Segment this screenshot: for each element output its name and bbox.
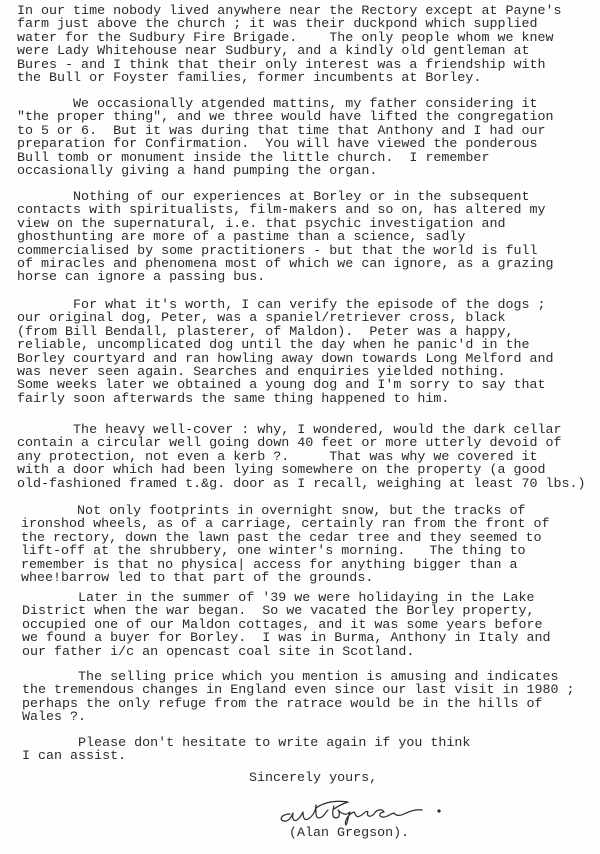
- paragraph-carriage-tracks: Not only footprints in overnight snow, b…: [21, 505, 600, 585]
- letter-line: lift-off at the shrubbery, one winter's …: [21, 545, 600, 558]
- letter-line: Later in the summer of '39 we were holid…: [22, 592, 600, 605]
- letter-line: farm just above the church ; it was thei…: [17, 18, 597, 31]
- letter-line: contacts with spiritualists, film-makers…: [17, 204, 597, 217]
- letter-line: our father i/c an opencast coal site in …: [22, 646, 600, 659]
- letter-line: contain a circular well going down 40 fe…: [17, 437, 597, 450]
- signatory-name: (Alan Gregson).: [289, 827, 409, 840]
- letter-line: "the proper thing", and we three would h…: [17, 111, 597, 124]
- letter-line: commercialised by some practitioners - b…: [17, 245, 597, 258]
- letter-line: ironshod wheels, as of a carriage, certa…: [21, 518, 600, 531]
- letter-line: I can assist.: [22, 750, 600, 763]
- letter-line: view on the supernatural, i.e. that psyc…: [17, 218, 597, 231]
- letter-line: Bull tomb or monument inside the little …: [17, 152, 597, 165]
- letter-line: our original dog, Peter, was a spaniel/r…: [17, 312, 597, 325]
- letter-line: the tremendous changes in England even s…: [22, 684, 600, 697]
- letter-line: preparation for Confirmation. You will h…: [17, 138, 597, 151]
- letter-line: For what it's worth, I can verify the ep…: [17, 299, 597, 312]
- letter-line: horse can ignore a passing bus.: [17, 271, 597, 284]
- letter-line: Some weeks later we obtained a young dog…: [17, 379, 597, 392]
- letter-line: Nothing of our experiences at Borley or …: [17, 191, 597, 204]
- paragraph-war-years: Later in the summer of '39 we were holid…: [22, 592, 600, 659]
- letter-line: Not only footprints in overnight snow, b…: [21, 505, 600, 518]
- letter-line: the rectory, down the lawn past the ceda…: [21, 532, 600, 545]
- letter-line: the Bull or Foyster families, former inc…: [17, 72, 597, 85]
- letter-line: whee!barrow led to that part of the grou…: [21, 572, 600, 585]
- letter-line: of miracles and phenomena most of which …: [17, 258, 597, 271]
- paragraph-dogs-episode: For what it's worth, I can verify the ep…: [17, 299, 597, 406]
- paragraph-supernatural-view: Nothing of our experiences at Borley or …: [17, 191, 597, 285]
- letter-line: Please don't hesitate to write again if …: [22, 737, 600, 750]
- letter-line: (from Bill Bendall, plasterer, of Maldon…: [17, 326, 597, 339]
- letter-line: We occasionally atgended mattins, my fat…: [17, 98, 597, 111]
- letter-line: ghosthunting are more of a pastime than …: [17, 231, 597, 244]
- letter-line: District when the war began. So we vacat…: [22, 605, 600, 618]
- letter-line: Wales ?.: [22, 711, 600, 724]
- paragraph-selling-price: The selling price which you mention is a…: [22, 671, 600, 725]
- letter-line: The selling price which you mention is a…: [22, 671, 600, 684]
- letter-line: we found a buyer for Borley. I was in Bu…: [22, 632, 600, 645]
- paragraph-well-cover: The heavy well-cover : why, I wondered, …: [17, 424, 597, 491]
- letter-line: In our time nobody lived anywhere near t…: [17, 5, 597, 18]
- letter-line: water for the Sudbury Fire Brigade. The …: [17, 32, 597, 45]
- paragraph-rectory-neighbours: In our time nobody lived anywhere near t…: [17, 5, 597, 85]
- letter-line: old-fashioned framed t.&g. door as I rec…: [17, 478, 597, 491]
- letter-line: occupied one of our Maldon cottages, and…: [22, 619, 600, 632]
- letter-line: perhaps the only refuge from the ratrace…: [22, 698, 600, 711]
- letter-line: occasionally giving a hand pumping the o…: [17, 165, 597, 178]
- typewritten-letter-page: In our time nobody lived anywhere near t…: [0, 0, 600, 854]
- letter-line: fairly soon afterwards the same thing ha…: [17, 393, 597, 406]
- letter-line: reliable, uncomplicated dog until the da…: [17, 339, 597, 352]
- letter-line: remember is that no physica| access for …: [21, 559, 600, 572]
- letter-line: was never seen again. Searches and enqui…: [17, 366, 597, 379]
- letter-line: were Lady Whitehouse near Sudbury, and a…: [17, 45, 597, 58]
- paragraph-closing-offer: Please don't hesitate to write again if …: [22, 737, 600, 764]
- handwritten-signature-icon: [276, 796, 451, 826]
- closing-salutation: Sincerely yours,: [249, 772, 377, 785]
- letter-line: Borley courtyard and ran howling away do…: [17, 353, 597, 366]
- letter-line: Bures - and I think that their only inte…: [17, 59, 597, 72]
- letter-line: to 5 or 6. But it was during that time t…: [17, 125, 597, 138]
- paragraph-mattins: We occasionally atgended mattins, my fat…: [17, 98, 597, 178]
- letter-line: The heavy well-cover : why, I wondered, …: [17, 424, 597, 437]
- letter-line: with a door which had been lying somewhe…: [17, 464, 597, 477]
- letter-line: any protection, not even a kerb ?. That …: [17, 451, 597, 464]
